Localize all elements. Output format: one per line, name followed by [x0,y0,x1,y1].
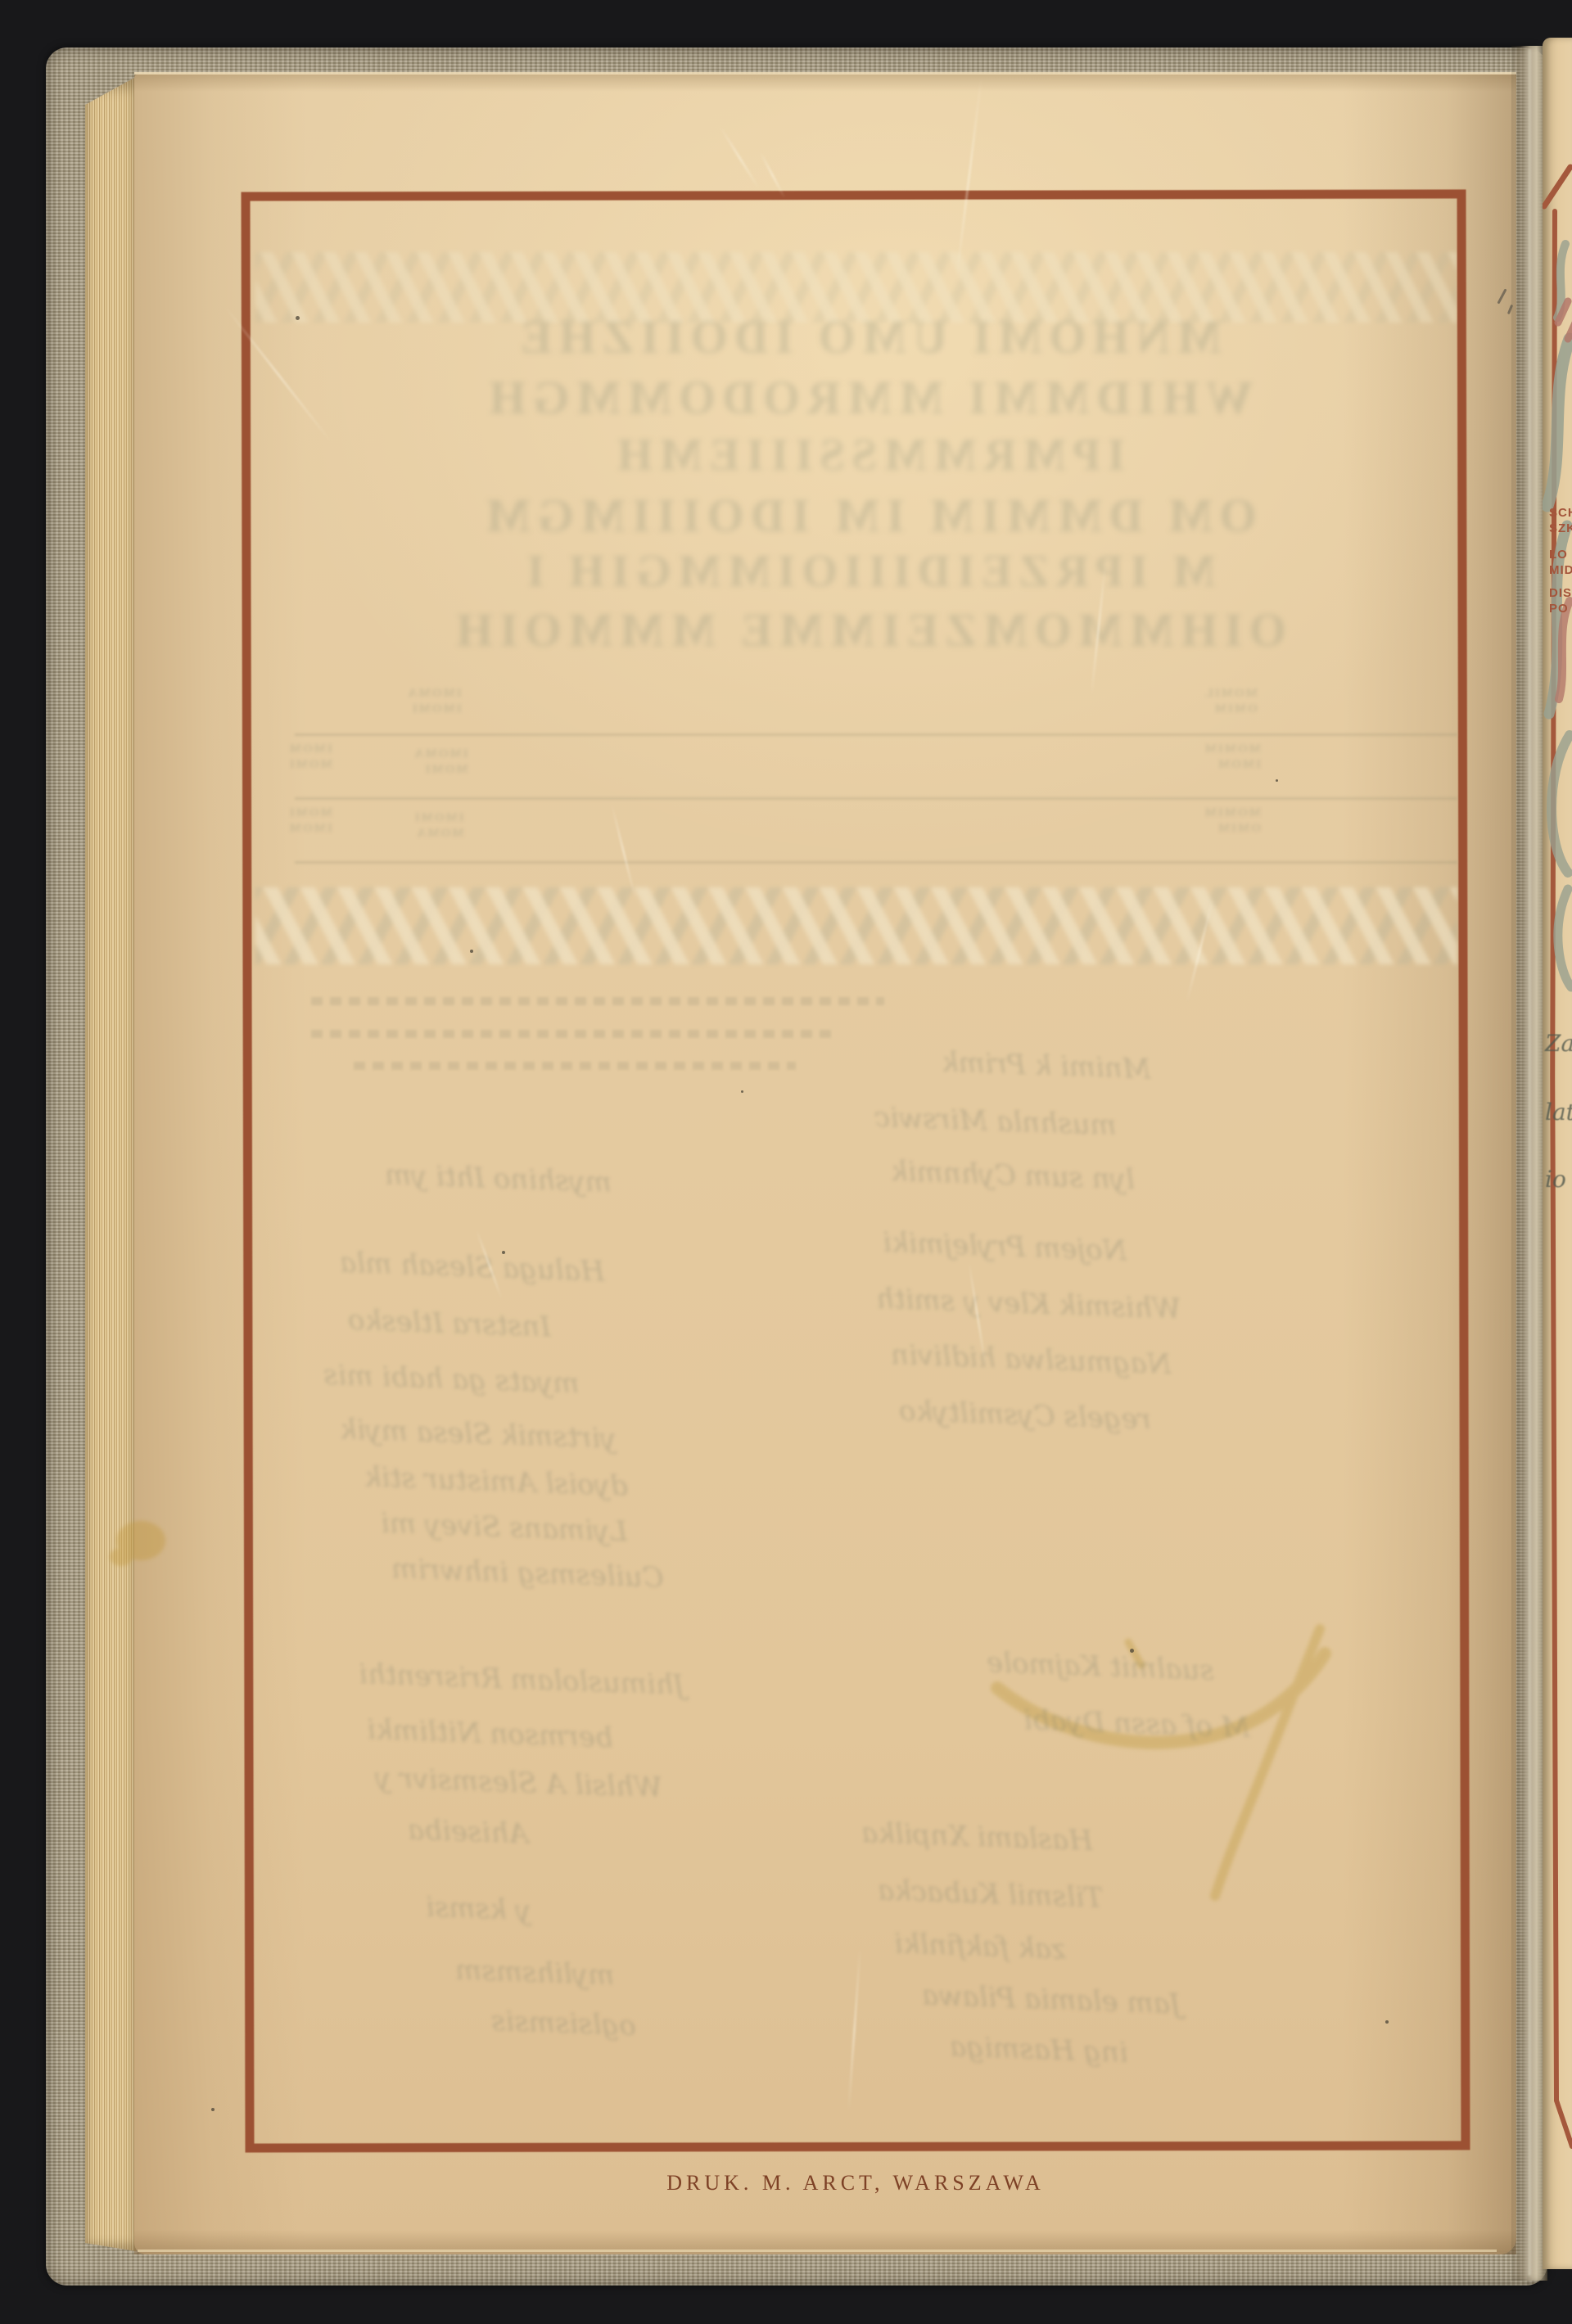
facing-handwriting-fragment: io [1545,1166,1566,1193]
ghost-handwriting-line: mylihsmsm [454,1954,615,1992]
paper-fleck [502,1251,505,1254]
ghost-table-rule [295,733,1457,736]
paper-fleck [1276,779,1278,782]
ghost-title-line: MNHOMI UMO IDOIIZHE [270,309,1466,364]
ghost-table-text: IMOMI MOMA [413,810,464,842]
facing-printed-text-fragment: SCH [1549,506,1572,520]
paper-fleck [211,2108,215,2111]
ghost-title-line: WHIDMMI MMRODOMMGH [270,370,1466,425]
paper-fleck [741,1090,743,1093]
ghost-table-text: IMOM MOMI [288,742,332,773]
paper-fleck [296,316,300,320]
ghost-table-text: MOMIM IMOM [1204,742,1261,773]
ghost-table-text: MOMI IMOM [288,806,332,837]
paper-fleck [1130,1649,1134,1653]
facing-printed-text-fragment: SZK [1549,521,1572,535]
ghost-text-row [354,1062,796,1070]
ghost-text-row [311,997,884,1005]
ghost-table-text: IMOMA MOMI [413,747,468,778]
printer-imprint: DRUK. M. ARCT, WARSZAWA [243,2171,1468,2195]
ghost-table-rule [295,797,1457,800]
ghost-handwriting-line: y ksmsi [425,1891,531,1927]
ghost-table-text: MOMIM OMIM [1204,806,1261,837]
ghost-table-rule [295,861,1457,864]
paper-fleck [1385,2020,1389,2024]
ghost-table-text: MOMIL OMIM [1204,686,1258,717]
facing-printed-text-fragment: LO [1549,548,1568,562]
ghost-table-text: IMOMA IMOMI [407,686,462,717]
facing-page-ornaments [1543,38,1572,2269]
facing-ornament-letter [1547,339,1570,506]
stain-left-edge-small [110,1548,133,1566]
gutter-highlight [1528,49,1531,2276]
facing-ornament-letter [1558,889,1571,987]
paper-fleck [470,950,473,953]
ghost-title-line: OIHMMOMZEIMME MMMOIH [270,602,1466,657]
ghost-handwriting-line: Ahiseiba [407,1813,529,1850]
facing-printed-text-fragment: DIS [1549,586,1572,600]
ghost-title-line: M IPRZEIDIIIOIMMGIH I [270,545,1466,598]
facing-frame-top [1544,167,1570,206]
ghost-title-line: OM DMMIM IM IDOIIIMGM [270,488,1466,543]
facing-page-sliver: SCHSZKLOMIDDISPOZalatio [1543,38,1572,2269]
facing-printed-text-fragment: PO [1549,602,1569,616]
ghost-text-row [311,1030,835,1038]
facing-printed-text-fragment: MID [1549,563,1572,577]
ghost-handwriting-line: zak fakfinlki [893,1927,1066,1965]
ghost-handwriting-line: oglsismsis [490,2005,636,2042]
ghost-handwriting-line: ing Hasmiga [949,2030,1128,2069]
facing-handwriting-fragment: Za [1545,1030,1572,1057]
facing-frame-bottom [1556,2101,1572,2146]
ghost-title-line: IPMRMMSSIIIEMH [270,429,1466,481]
facing-ornament-dash-red [1568,318,1572,339]
facing-handwriting-fragment: lat [1545,1099,1572,1126]
stain-diagonal [1215,1629,1320,1896]
scanner-bed: DRUK. M. ARCT, WARSZAWA SCHSZKLOMIDDISPO… [0,0,1572,2324]
